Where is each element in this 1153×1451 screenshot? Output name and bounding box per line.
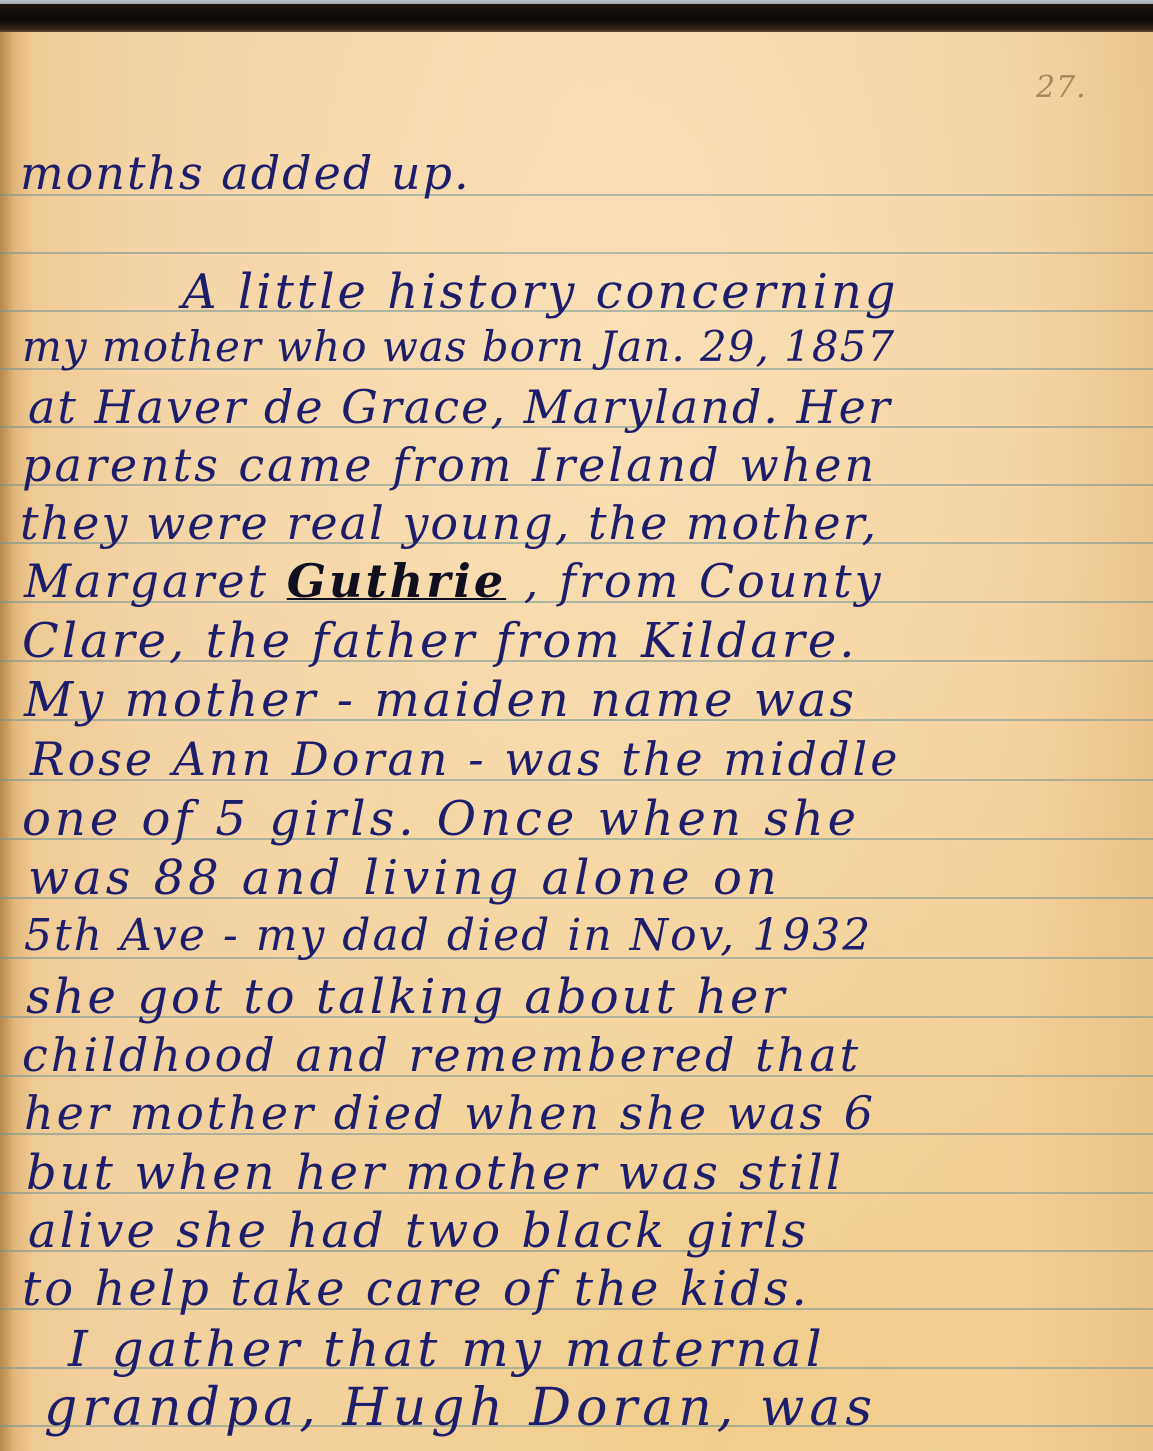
handwritten-line: my mother who was born Jan. 29, 1857 — [22, 326, 895, 368]
handwritten-line: to help take care of the kids. — [22, 1265, 810, 1313]
handwritten-line: they were real young, the mother, — [20, 500, 878, 546]
page-number: 27. — [1036, 70, 1087, 105]
handwritten-line: her mother died when she was 6 — [24, 1090, 876, 1136]
ruled-line — [0, 252, 1153, 254]
overwritten-name: Guthrie — [287, 554, 506, 608]
notebook-binding-edge — [0, 4, 1153, 34]
handwritten-line: months added up. — [20, 150, 471, 196]
handwritten-line: she got to talking about her — [26, 973, 787, 1021]
handwritten-text: , from County — [506, 554, 883, 608]
handwritten-line: My mother - maiden name was — [24, 676, 857, 724]
page-left-shadow — [0, 32, 14, 1451]
handwritten-line: was 88 and living alone on — [28, 854, 781, 902]
handwritten-line: but when her mother was still — [26, 1149, 844, 1197]
handwritten-line: A little history concerning — [182, 268, 898, 316]
handwritten-line: Margaret Guthrie , from County — [24, 558, 884, 604]
handwritten-line: 5th Ave - my dad died in Nov, 1932 — [24, 914, 872, 958]
handwritten-line: at Haver de Grace, Maryland. Her — [28, 384, 892, 430]
handwritten-line: Clare, the father from Kildare. — [22, 617, 858, 665]
handwritten-text: Margaret — [24, 554, 287, 608]
handwritten-line: Rose Ann Doran - was the middle — [30, 736, 900, 782]
handwritten-line: alive she had two black girls — [28, 1207, 809, 1255]
handwritten-line: one of 5 girls. Once when she — [22, 795, 860, 843]
handwritten-line: I gather that my maternal — [68, 1324, 826, 1374]
handwritten-line: grandpa, Hugh Doran, was — [44, 1382, 877, 1434]
handwritten-line: childhood and remembered that — [22, 1032, 861, 1078]
handwritten-line: parents came from Ireland when — [22, 442, 877, 488]
